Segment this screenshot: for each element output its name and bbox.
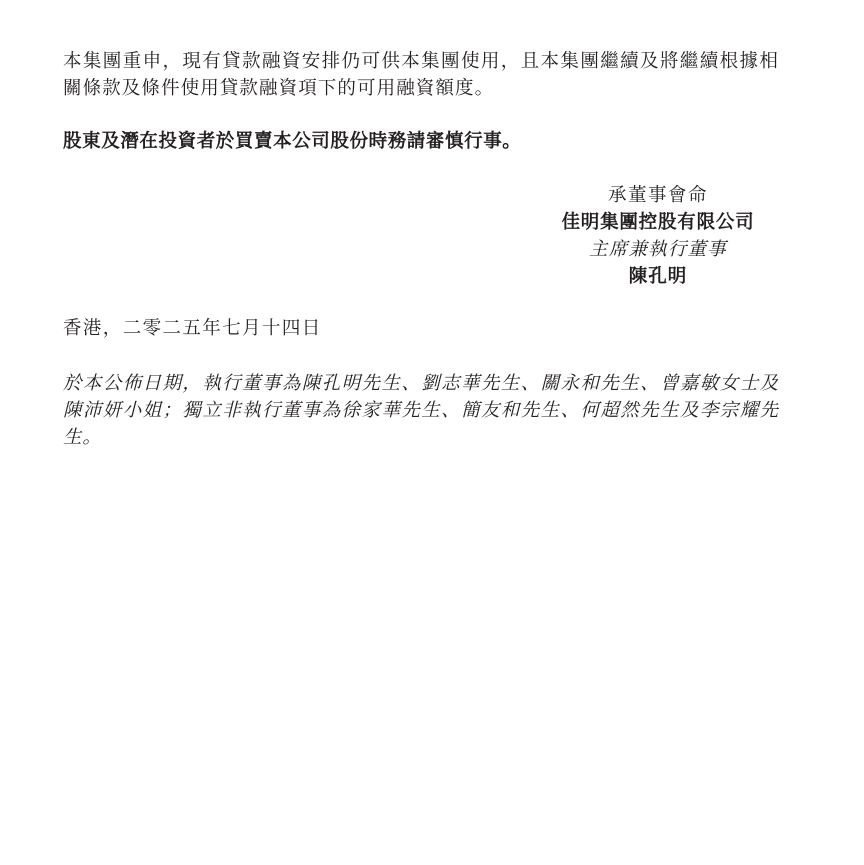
investor-caution-notice: 股東及潛在投資者於買賣本公司股份時務請審慎行事。 [63, 128, 779, 155]
date-line: 香港，二零二五年七月十四日 [63, 315, 322, 342]
document-body: 本集團重申，現有貸款融資安排仍可供本集團使用，且本集團繼續及將繼續根據相關條款及… [63, 48, 779, 155]
directors-statement: 於本公佈日期，執行董事為陳孔明先生、劉志華先生、關永和先生、曾嘉敏女士及陳沛妍小… [63, 370, 779, 451]
signature-company-name: 佳明集團控股有限公司 [540, 209, 776, 236]
signature-block: 承董事會命 佳明集團控股有限公司 主席兼執行董事 陳孔明 [540, 182, 776, 290]
signature-name: 陳孔明 [540, 263, 776, 290]
signature-on-behalf: 承董事會命 [540, 182, 776, 209]
reaffirmation-paragraph: 本集團重申，現有貸款融資安排仍可供本集團使用，且本集團繼續及將繼續根據相關條款及… [63, 48, 779, 102]
signature-title: 主席兼執行董事 [540, 236, 776, 263]
